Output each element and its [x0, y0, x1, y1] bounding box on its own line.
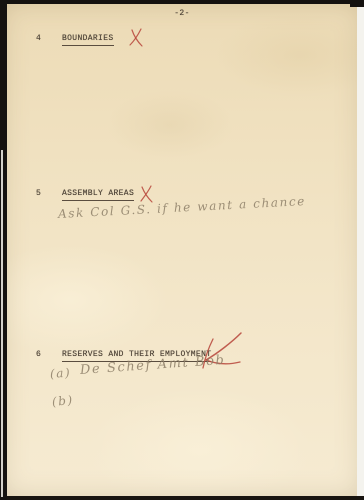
photo-edge-top	[0, 0, 364, 4]
photo-edge-bottom	[0, 496, 364, 500]
photo-edge-left-highlight	[1, 150, 3, 497]
scanned-document-page: -2- 4 BOUNDARIES 5 ASSEMBLY AREAS Ask Co…	[0, 0, 364, 500]
section-4-title: BOUNDARIES	[62, 34, 114, 46]
section-5-number: 5	[36, 189, 41, 198]
pencil-subitem-b-label: (b)	[51, 393, 74, 409]
photo-edge-right-strip	[357, 6, 364, 496]
page-number: -2-	[0, 9, 364, 18]
section-6-number: 6	[36, 350, 41, 359]
pencil-subitem-a-label: (a)	[50, 366, 72, 381]
red-x-mark-icon	[128, 28, 146, 48]
section-4-number: 4	[36, 34, 41, 43]
photo-edge-right-top	[350, 0, 364, 7]
section-5-title: ASSEMBLY AREAS	[62, 189, 134, 201]
